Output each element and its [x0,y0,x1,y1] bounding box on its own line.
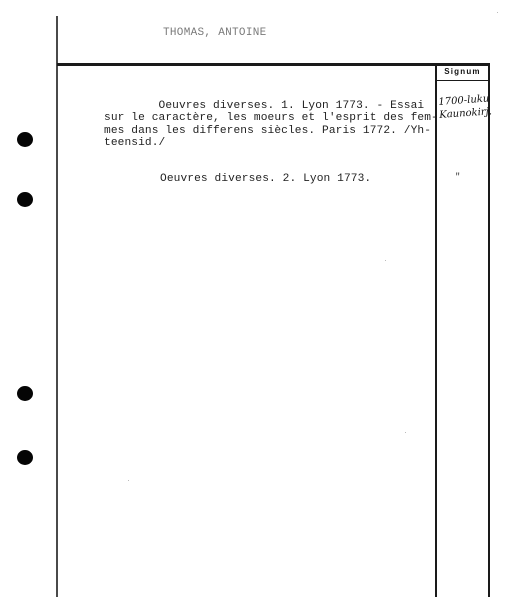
scan-speck [405,432,406,433]
signum-entry-1-handwritten: 1700-luku Kaunokirj. [438,92,492,122]
author-heading: THOMAS, ANTOINE [163,27,267,39]
catalog-entry-2: Oeuvres diverses. 2. Lyon 1773. [160,173,371,185]
signum-entry-2-ditto-mark: " [455,172,460,182]
catalog-entry-1: Oeuvres diverses. 1. Lyon 1773. - Essai … [104,100,438,149]
scan-speck [497,12,498,13]
punch-hole-3 [17,386,33,401]
punch-hole-1 [17,132,33,147]
signum-header-underline [436,80,489,81]
scan-speck [385,260,386,261]
punch-hole-2 [17,192,33,207]
left-margin-rule [56,16,58,597]
scan-speck [128,480,129,481]
signum-column-label: Signum [437,67,488,76]
header-rule [57,63,490,66]
punch-hole-4 [17,450,33,465]
signum-column-right-border [488,63,490,597]
